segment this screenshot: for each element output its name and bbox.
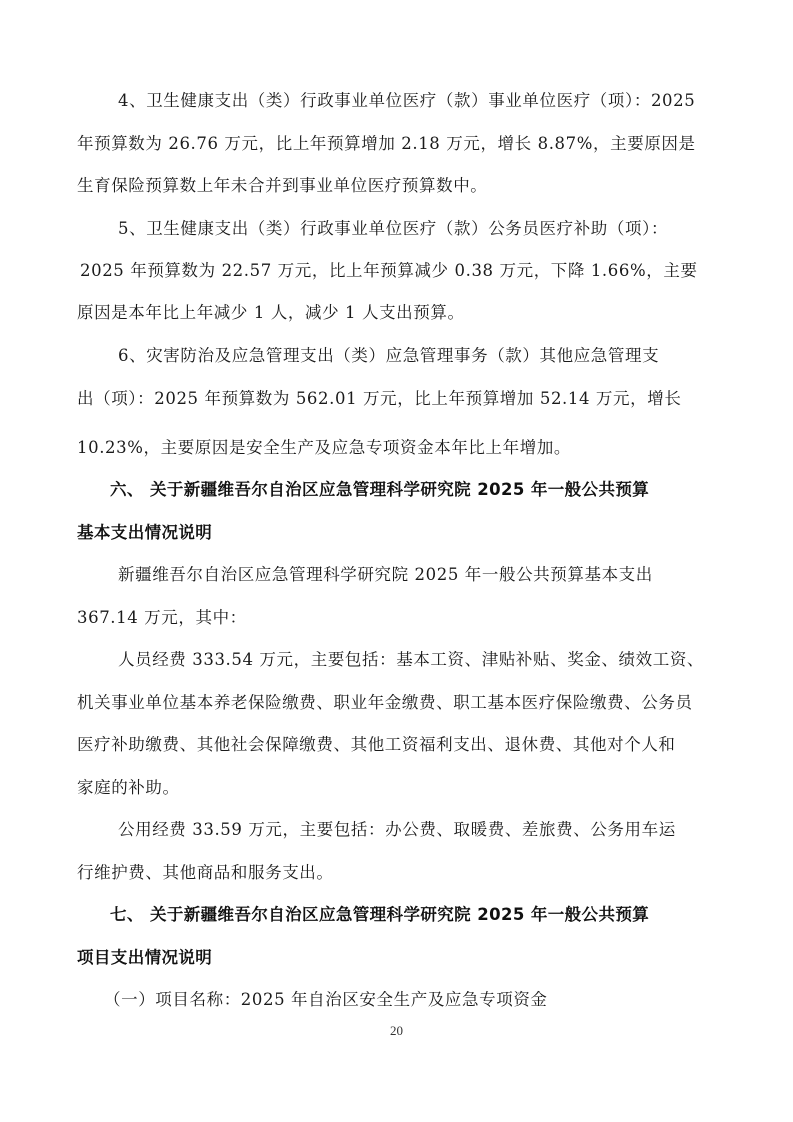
- page-number: 20: [0, 1023, 793, 1039]
- paragraph-item-5-line-2: 2025 年预算数为 22.57 万元，比上年预算减少 0.38 万元，下降 1…: [80, 260, 720, 282]
- paragraph-item-6-line-1: 6、灾害防治及应急管理支出（类）应急管理事务（款）其他应急管理支: [118, 345, 758, 367]
- project-item-1-title: （一）项目名称：2025 年自治区安全生产及应急专项资金: [104, 989, 744, 1011]
- paragraph-item-4-line-1: 4、卫生健康支出（类）行政事业单位医疗（款）事业单位医疗（项）：2025: [118, 90, 758, 112]
- paragraph-item-4-line-2: 年预算数为 26.76 万元，比上年预算增加 2.18 万元，增长 8.87%，…: [77, 133, 717, 155]
- section-6-intro-line-1: 新疆维吾尔自治区应急管理科学研究院 2025 年一般公共预算基本支出: [118, 564, 758, 586]
- section-6-heading-line-2: 基本支出情况说明: [77, 522, 717, 544]
- section-7-heading-line-1: 七、 关于新疆维吾尔自治区应急管理科学研究院 2025 年一般公共预算: [110, 904, 750, 926]
- public-expense-line-1: 公用经费 33.59 万元，主要包括：办公费、取暖费、差旅费、公务用车运: [118, 819, 758, 841]
- paragraph-item-5-line-1: 5、卫生健康支出（类）行政事业单位医疗（款）公务员医疗补助（项）：: [118, 218, 758, 240]
- document-page: 4、卫生健康支出（类）行政事业单位医疗（款）事业单位医疗（项）：2025 年预算…: [0, 0, 793, 1122]
- public-expense-line-2: 行维护费、其他商品和服务支出。: [77, 862, 717, 884]
- section-6-intro-line-2: 367.14 万元，其中：: [77, 607, 717, 629]
- personnel-expense-line-4: 家庭的补助。: [77, 777, 717, 799]
- paragraph-item-6-line-2: 出（项）：2025 年预算数为 562.01 万元，比上年预算增加 52.14 …: [77, 388, 717, 410]
- section-7-heading-line-2: 项目支出情况说明: [77, 947, 717, 969]
- paragraph-item-4-line-3: 生育保险预算数上年未合并到事业单位医疗预算数中。: [77, 175, 717, 197]
- personnel-expense-line-1: 人员经费 333.54 万元，主要包括：基本工资、津贴补贴、奖金、绩效工资、: [118, 649, 758, 671]
- personnel-expense-line-2: 机关事业单位基本养老保险缴费、职业年金缴费、职工基本医疗保险缴费、公务员: [77, 692, 717, 714]
- personnel-expense-line-3: 医疗补助缴费、其他社会保障缴费、其他工资福利支出、退休费、其他对个人和: [77, 734, 717, 756]
- paragraph-item-5-line-3: 原因是本年比上年减少 1 人，减少 1 人支出预算。: [77, 302, 717, 324]
- section-6-heading-line-1: 六、 关于新疆维吾尔自治区应急管理科学研究院 2025 年一般公共预算: [110, 479, 750, 501]
- paragraph-item-6-line-3: 10.23%，主要原因是安全生产及应急专项资金本年比上年增加。: [77, 437, 717, 459]
